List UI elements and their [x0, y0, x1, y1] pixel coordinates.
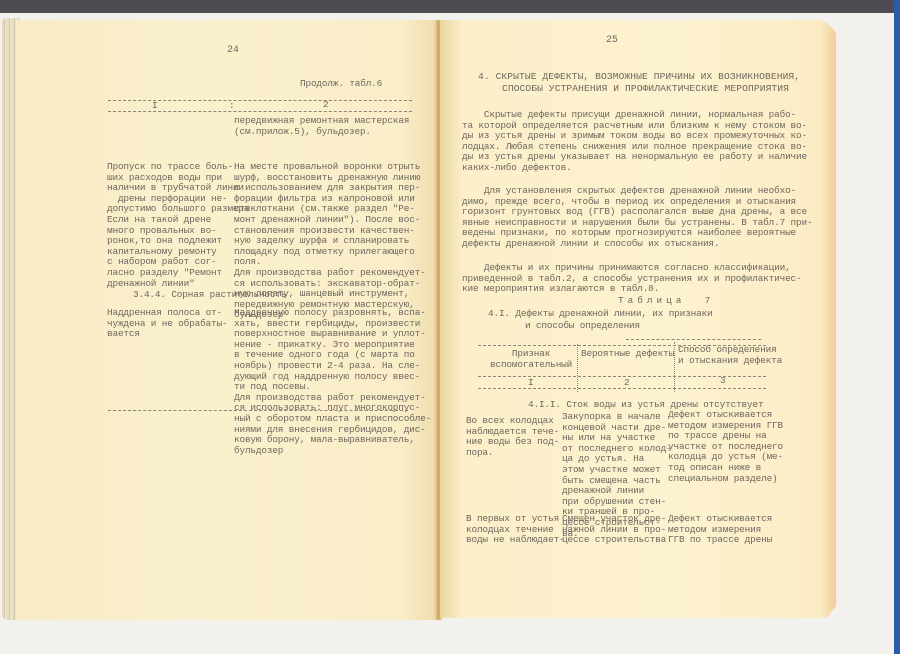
table-cell: передвижная ремонтная мастерская (см.при…	[234, 116, 409, 137]
page-number: 25	[606, 36, 618, 47]
table-title: 4.I. Дефекты дренажной линии, их признак…	[488, 309, 713, 320]
table-cell: В первых от устья колодцах течение воды …	[466, 514, 565, 546]
table-cell: Пропуск по трассе боль- ших расходов вод…	[107, 162, 249, 289]
left-page: 24 Продолж. табл.6 I : 2 передвижная рем…	[16, 20, 436, 620]
column-number-3: 3	[720, 376, 725, 387]
table-cell: Во всех колодцах наблюдается тече- ние в…	[466, 416, 559, 458]
table-end-rule	[108, 410, 408, 411]
column-separator: :	[229, 101, 234, 112]
column-header-3: Способ определения и отыскания дефекта	[678, 345, 782, 366]
scan-right-border	[894, 0, 900, 654]
column-divider	[577, 344, 578, 392]
page-number: 24	[227, 46, 239, 57]
column-divider	[674, 342, 675, 392]
section-title: 4. СКРЫТЫЕ ДЕФЕКТЫ, ВОЗМОЖНЫЕ ПРИЧИНЫ ИХ…	[478, 72, 800, 83]
table-title: и способы определения	[525, 321, 640, 332]
table-cell: Наддренную полосу разровнять, вспа- хать…	[234, 308, 431, 456]
table-cell: Дефект отыскивается методом измерения ГГ…	[668, 514, 772, 546]
table-rule	[478, 388, 766, 389]
scan-top-border	[0, 0, 900, 13]
section-title: СПОСОБЫ УСТРАНЕНИЯ И ПРОФИЛАКТИЧЕСКИЕ МЕ…	[502, 84, 789, 95]
column-header-2: Вероятные дефекты	[581, 349, 674, 360]
table-cell: Наддренная полоса от- чуждена и не обраб…	[107, 308, 227, 340]
paragraph: Скрытые дефекты присущи дренажной линии,…	[462, 110, 807, 174]
table-cell: Дефект отыскивается методом измерения ГГ…	[668, 410, 783, 484]
right-page: 25 4. СКРЫТЫЕ ДЕФЕКТЫ, ВОЗМОЖНЫЕ ПРИЧИНЫ…	[440, 20, 832, 618]
table-continuation-label: Продолж. табл.6	[300, 79, 382, 90]
table-label: Таблица 7	[618, 296, 714, 307]
table-rule	[626, 339, 761, 340]
column-number-1: I	[528, 378, 533, 389]
section-heading: 3.4.4. Сорная растительность	[133, 290, 286, 301]
column-number-2: 2	[323, 100, 328, 111]
column-number-2: 2	[624, 378, 629, 389]
paragraph: Для установления скрытых дефектов дренаж…	[462, 186, 812, 250]
paragraph: Дефекты и их причины принимаются согласн…	[462, 263, 802, 295]
column-number-1: I	[152, 101, 157, 112]
table-cell: Смещен участок дре- нажной линии в про- …	[562, 514, 666, 546]
column-header-1: Признак вспомогательный	[490, 349, 572, 370]
